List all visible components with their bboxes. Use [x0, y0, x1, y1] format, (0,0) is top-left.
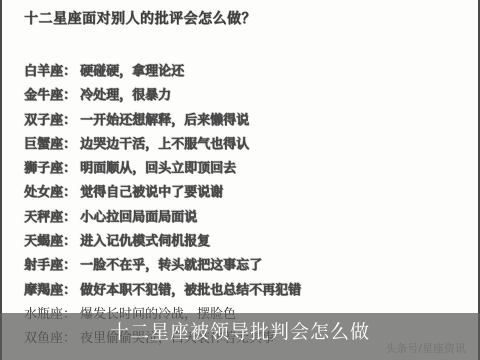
list-item: 射手座：一脸不在乎，转头就把这事忘了: [24, 254, 301, 278]
list-item: 巨蟹座：边哭边干活，上不服气也得认: [24, 133, 301, 157]
zodiac-sign: 巨蟹座：: [24, 133, 76, 157]
zodiac-sign: 金牛座：: [24, 84, 76, 108]
zodiac-reaction: 边哭边干活，上不服气也得认: [80, 133, 249, 157]
zodiac-reaction: 进入记仇模式伺机报复: [80, 230, 210, 254]
zodiac-reaction: 一脸不在乎，转头就把这事忘了: [80, 254, 262, 278]
zodiac-reaction: 小心拉回局面局面说: [80, 206, 197, 230]
zodiac-sign: 天蝎座：: [24, 230, 76, 254]
zodiac-sign: 狮子座：: [24, 157, 76, 181]
zodiac-reaction: 硬碰硬，拿理论还: [80, 60, 184, 84]
zodiac-sign: 天秤座：: [24, 206, 76, 230]
zodiac-sign: 射手座：: [24, 254, 76, 278]
list-item: 处女座：觉得自己被说中了要说谢: [24, 181, 301, 205]
zodiac-sign: 双子座：: [24, 109, 76, 133]
list-item: 天蝎座：进入记仇模式伺机报复: [24, 230, 301, 254]
zodiac-reaction: 明面顺从，回头立即顶回去: [80, 157, 236, 181]
list-item: 白羊座：硬碰硬，拿理论还: [24, 60, 301, 84]
list-item: 双子座：一开始还想解释，后来懒得说: [24, 109, 301, 133]
zodiac-sign: 处女座：: [24, 181, 76, 205]
zodiac-sign: 摩羯座：: [24, 279, 76, 303]
list-item: 狮子座：明面顺从，回头立即顶回去: [24, 157, 301, 181]
zodiac-sign: 白羊座：: [24, 60, 76, 84]
zodiac-reaction: 觉得自己被说中了要说谢: [80, 181, 223, 205]
zodiac-reaction: 做好本职不犯错，被批也总结不再犯错: [80, 279, 301, 303]
document-title: 十二星座面对别人的批评会怎么做？: [24, 8, 464, 30]
zodiac-list: 白羊座：硬碰硬，拿理论还 金牛座：冷处理，很暴力 双子座：一开始还想解释，后来懒…: [24, 60, 301, 352]
watermark: 头条号/星座资讯: [385, 340, 466, 356]
list-item: 金牛座：冷处理，很暴力: [24, 84, 301, 108]
zodiac-reaction: 一开始还想解释，后来懒得说: [80, 109, 249, 133]
list-item: 天秤座：小心拉回局面局面说: [24, 206, 301, 230]
document-body: 十二星座面对别人的批评会怎么做？ 白羊座：硬碰硬，拿理论还 金牛座：冷处理，很暴…: [24, 8, 464, 30]
zodiac-reaction: 冷处理，很暴力: [80, 84, 171, 108]
document-frame: 十二星座面对别人的批评会怎么做？ 白羊座：硬碰硬，拿理论还 金牛座：冷处理，很暴…: [0, 0, 480, 360]
list-item: 摩羯座：做好本职不犯错，被批也总结不再犯错: [24, 279, 301, 303]
